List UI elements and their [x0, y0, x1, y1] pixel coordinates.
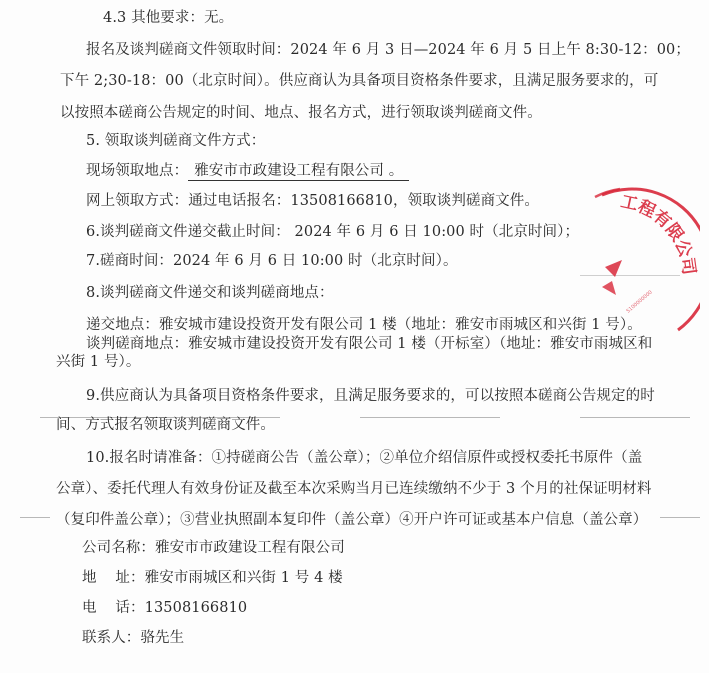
- submission-location: 递交地点：雅安城市建设投资开发有限公司 1 楼（地址：雅安市雨城区和兴街 1 号…: [86, 315, 642, 335]
- company-seal-stamp: 工程有限公司 5100000000: [560, 185, 700, 335]
- document-page: 4.3 其他要求：无。 报名及谈判磋商文件领取时间：2024 年 6 月 3 日…: [0, 0, 709, 673]
- section-10-line-2: 公章）、委托代理人有效身份证及截至本次采购当月已连续缴纳不少于 3 个月的社保证…: [56, 479, 652, 499]
- scan-artifact-line: [580, 275, 680, 276]
- registration-time-line-1: 报名及谈判磋商文件领取时间：2024 年 6 月 3 日—2024 年 6 月 …: [86, 40, 690, 60]
- scan-artifact-line: [580, 417, 690, 418]
- onsite-pickup-row: 现场领取地点：雅安市市政建设工程有限公司 。: [86, 161, 409, 181]
- contact-person: 联系人：骆先生: [82, 628, 184, 648]
- scan-artifact-line: [660, 517, 700, 518]
- svg-text:5100000000: 5100000000: [625, 289, 653, 314]
- registration-time-line-3: 以按照本磋商公告规定的时间、地点、报名方式，进行领取谈判磋商文件。: [60, 103, 542, 123]
- section-6-submission-deadline: 6.谈判磋商文件递交截止时间： 2024 年 6 月 6 日 10:00 时（北…: [86, 222, 579, 242]
- negotiation-location-line-2: 兴街 1 号）。: [56, 352, 141, 372]
- section-9-line-2: 间、方式报名领取谈判磋商文件。: [56, 415, 275, 435]
- section-8-title: 8.谈判磋商文件递交和谈判磋商地点：: [86, 283, 334, 303]
- svg-text:工程有限公司: 工程有限公司: [619, 192, 699, 276]
- contact-phone: 电 话：13508166810: [82, 598, 247, 618]
- contact-company-name: 公司名称：雅安市市政建设工程有限公司: [82, 538, 345, 558]
- section-4-3: 4.3 其他要求：无。: [103, 8, 233, 28]
- seal-icon: 工程有限公司 5100000000: [560, 185, 700, 335]
- section-9-line-1: 9.供应商认为具备项目资格条件要求，且满足服务要求的，可以按照本磋商公告规定的时: [86, 386, 655, 406]
- onsite-pickup-label: 现场领取地点：: [86, 163, 188, 179]
- contact-address: 地 址：雅安市雨城区和兴街 1 号 4 楼: [82, 568, 343, 588]
- registration-time-line-2: 下午 2;30-18：00（北京时间）。供应商认为具备项目资格条件要求，且满足服…: [60, 71, 658, 91]
- scan-artifact-line: [20, 517, 50, 518]
- section-10-line-3: （复印件盖公章）；③营业执照副本复印件（盖公章）④开户许可证或基本户信息（盖公章…: [56, 510, 647, 530]
- online-pickup-method: 网上领取方式：通过电话报名：13508166810，领取谈判磋商文件。: [86, 191, 539, 211]
- section-7-negotiation-time: 7.磋商时间：2024 年 6 月 6 日 10:00 时（北京时间）。: [86, 251, 458, 271]
- scan-artifact-line: [360, 417, 500, 418]
- negotiation-location-line-1: 谈判磋商地点：雅安城市建设投资开发有限公司 1 楼（开标室）（地址：雅安市雨城区…: [86, 334, 652, 354]
- section-10-line-1: 10.报名时请准备：①持磋商公告（盖公章）；②单位介绍信原件或授权委托书原件（盖: [86, 448, 642, 468]
- seal-text: 工程有限公司: [619, 192, 699, 276]
- onsite-pickup-location: 雅安市市政建设工程有限公司 。: [188, 163, 409, 181]
- section-5-title: 5. 领取谈判磋商文件方式：: [86, 131, 265, 151]
